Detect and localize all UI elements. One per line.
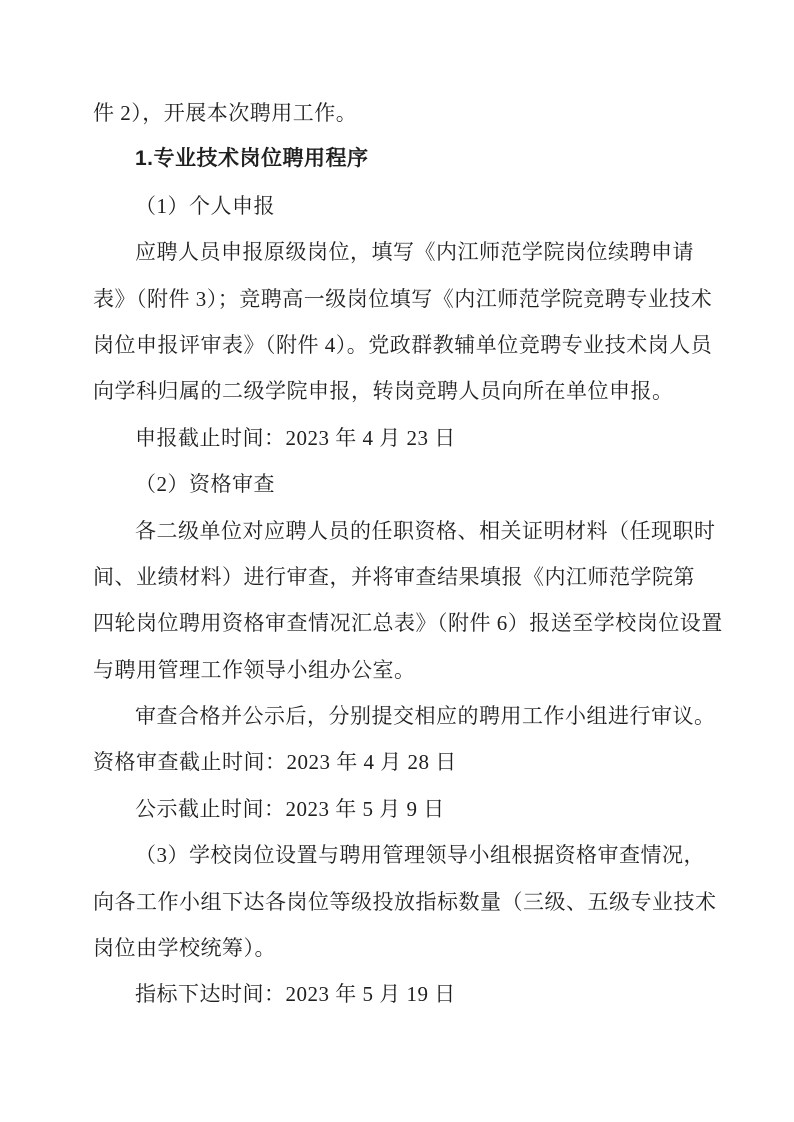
text-line: （2）资格审查	[93, 461, 710, 507]
text-line: 件 2），开展本次聘用工作。	[93, 90, 710, 136]
text-line: 岗位由学校统筹）。	[93, 925, 710, 971]
text-line: 四轮岗位聘用资格审查情况汇总表》（附件 6）报送至学校岗位设置	[93, 600, 710, 646]
text-line: 向各工作小组下达各岗位等级投放指标数量（三级、五级专业技术	[93, 879, 710, 925]
text-line: 与聘用管理工作领导小组办公室。	[93, 647, 710, 693]
text-line: 申报截止时间：2023 年 4 月 23 日	[93, 415, 710, 461]
paragraph-continued-from-previous-page: 件 2），开展本次聘用工作。	[93, 90, 710, 136]
text-line: 各二级单位对应聘人员的任职资格、相关证明材料（任现职时	[93, 508, 710, 554]
text-line: 1.专业技术岗位聘用程序	[93, 136, 710, 182]
text-line: （1）个人申报	[93, 183, 710, 229]
paragraph-review-details: 各二级单位对应聘人员的任职资格、相关证明材料（任现职时间、业绩材料）进行审查，并…	[93, 508, 710, 694]
text-line: 岗位申报评审表》（附件 4）。党政群教辅单位竞聘专业技术岗人员	[93, 322, 710, 368]
subheading-qualification-review: （2）资格审查	[93, 461, 710, 507]
paragraph-review-deadline: 审查合格并公示后，分别提交相应的聘用工作小组进行审议。资格审查截止时间：2023…	[93, 693, 710, 786]
text-line: 资格审查截止时间：2023 年 4 月 28 日	[93, 739, 710, 785]
text-line: 向学科归属的二级学院申报，转岗竞聘人员向所在单位申报。	[93, 368, 710, 414]
text-line: 间、业绩材料）进行审查，并将审查结果填报《内江师范学院第	[93, 554, 710, 600]
document-page: 件 2），开展本次聘用工作。1.专业技术岗位聘用程序（1）个人申报应聘人员申报原…	[0, 0, 794, 1122]
paragraph-publicity-deadline: 公示截止时间：2023 年 5 月 9 日	[93, 786, 710, 832]
heading-professional-technical-post-procedure: 1.专业技术岗位聘用程序	[93, 136, 710, 182]
paragraph-application-deadline: 申报截止时间：2023 年 4 月 23 日	[93, 415, 710, 461]
text-line: （3）学校岗位设置与聘用管理领导小组根据资格审查情况，	[93, 832, 710, 878]
paragraph-application-details: 应聘人员申报原级岗位，填写《内江师范学院岗位续聘申请表》（附件 3）；竞聘高一级…	[93, 229, 710, 415]
paragraph-quota-allocation: （3）学校岗位设置与聘用管理领导小组根据资格审查情况，向各工作小组下达各岗位等级…	[93, 832, 710, 971]
paragraph-quota-release-time: 指标下达时间：2023 年 5 月 19 日	[93, 971, 710, 1017]
text-line: 公示截止时间：2023 年 5 月 9 日	[93, 786, 710, 832]
text-line: 表》（附件 3）；竞聘高一级岗位填写《内江师范学院竞聘专业技术	[93, 276, 710, 322]
document-content: 件 2），开展本次聘用工作。1.专业技术岗位聘用程序（1）个人申报应聘人员申报原…	[0, 0, 794, 1018]
text-line: 审查合格并公示后，分别提交相应的聘用工作小组进行审议。	[93, 693, 710, 739]
text-line: 指标下达时间：2023 年 5 月 19 日	[93, 971, 710, 1017]
subheading-individual-application: （1）个人申报	[93, 183, 710, 229]
text-line: 应聘人员申报原级岗位，填写《内江师范学院岗位续聘申请	[93, 229, 710, 275]
